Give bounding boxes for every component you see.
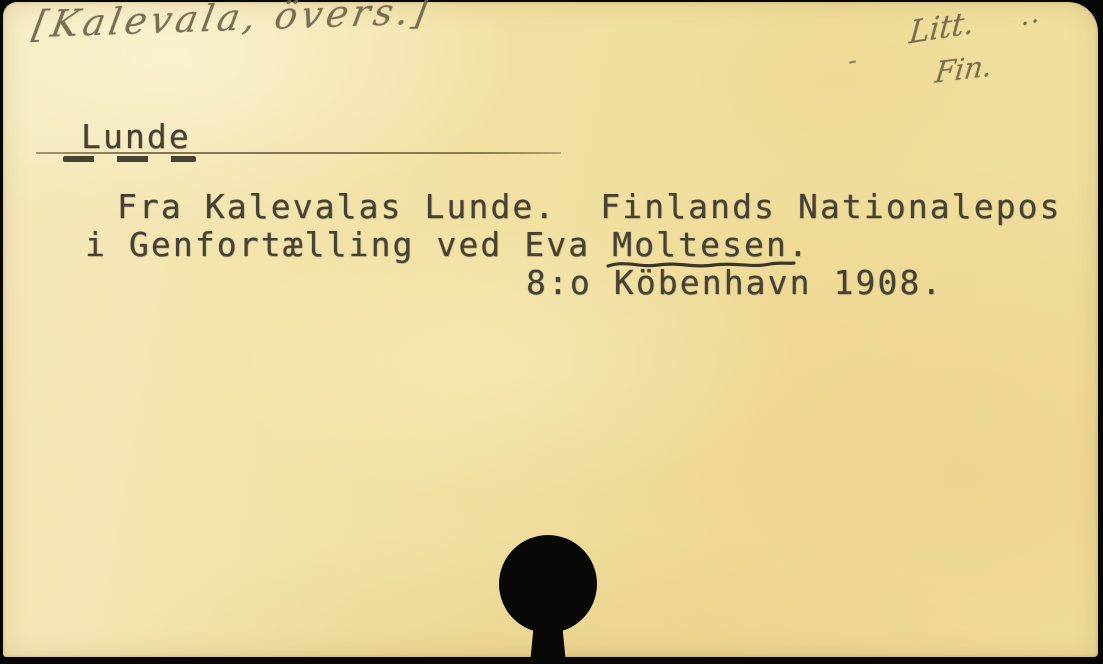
handwritten-ditto-mark: ·· xyxy=(1018,6,1045,40)
body-line-1: Fra Kalevalas Lunde. Finlands Nationalep… xyxy=(117,190,1062,223)
keyhole-punch-hole xyxy=(478,531,620,664)
body-line-2: i Genfortælling ved Eva Moltesen. xyxy=(85,228,810,261)
underlined-name: Moltesen xyxy=(612,228,788,261)
body-line-3: 8:o Köbenhavn 1908. xyxy=(526,266,943,299)
card-heading: Lunde xyxy=(81,120,191,153)
handwritten-subject-annotation: [Kalevala, övers.] xyxy=(29,0,435,46)
stray-pencil-mark: - xyxy=(845,45,860,76)
body-line-2-prefix: i Genfortælling ved Eva xyxy=(85,225,612,264)
heading-dashed-underline xyxy=(63,156,196,162)
scanned-catalog-card-page: [Kalevala, övers.] ·· Litt. Fin. - Lunde… xyxy=(0,0,1103,664)
handwritten-classification-fin: Fin. xyxy=(933,48,994,90)
heading-rule-line xyxy=(36,152,561,154)
handwritten-classification-litt: Litt. xyxy=(908,4,976,51)
